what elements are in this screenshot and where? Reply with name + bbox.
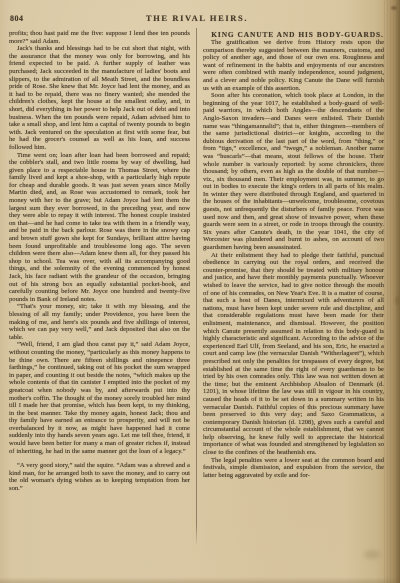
running-title: THE RIVAL HEIRS.	[10, 13, 384, 23]
article-heading: KING CANUTE AND HIS BODY-GUARDS.	[203, 30, 384, 39]
paragraph: “That's your money, sir; take it with my…	[9, 303, 190, 341]
paragraph: Soon after his coronation, which took pl…	[203, 92, 384, 251]
paper-stain	[364, 550, 380, 559]
paragraph: At their enlistment they had to pledge t…	[203, 252, 384, 457]
paragraph: “A very good story,” said the squire. “A…	[9, 462, 190, 492]
paper-stain	[395, 296, 399, 305]
paragraph: profits; thou hast paid me the five: sup…	[9, 30, 190, 45]
right-column: KING CANUTE AND HIS BODY-GUARDS. The gra…	[203, 30, 384, 493]
page-header: 804 THE RIVAL HEIRS.	[10, 13, 384, 24]
paragraph: Jack's thanks and blessings had to be cu…	[9, 45, 190, 151]
text-columns: profits; thou hast paid me the five: sup…	[9, 30, 384, 493]
book-page-edge-shading	[384, 0, 400, 583]
paragraph: “Well, friend, I am glad thou canst pay …	[9, 341, 190, 455]
left-column: profits; thou hast paid me the five: sup…	[9, 30, 190, 493]
paper-stain	[391, 6, 397, 10]
paragraph: Time went on; loan after loan had been b…	[9, 152, 190, 304]
paragraph: The gratification we derive from History…	[203, 39, 384, 92]
bottom-edge-shading	[0, 577, 400, 583]
paragraph: The legal penalties were a lower seat at…	[203, 457, 384, 480]
scanned-periodical-page: 804 THE RIVAL HEIRS. profits; thou hast …	[0, 0, 400, 583]
